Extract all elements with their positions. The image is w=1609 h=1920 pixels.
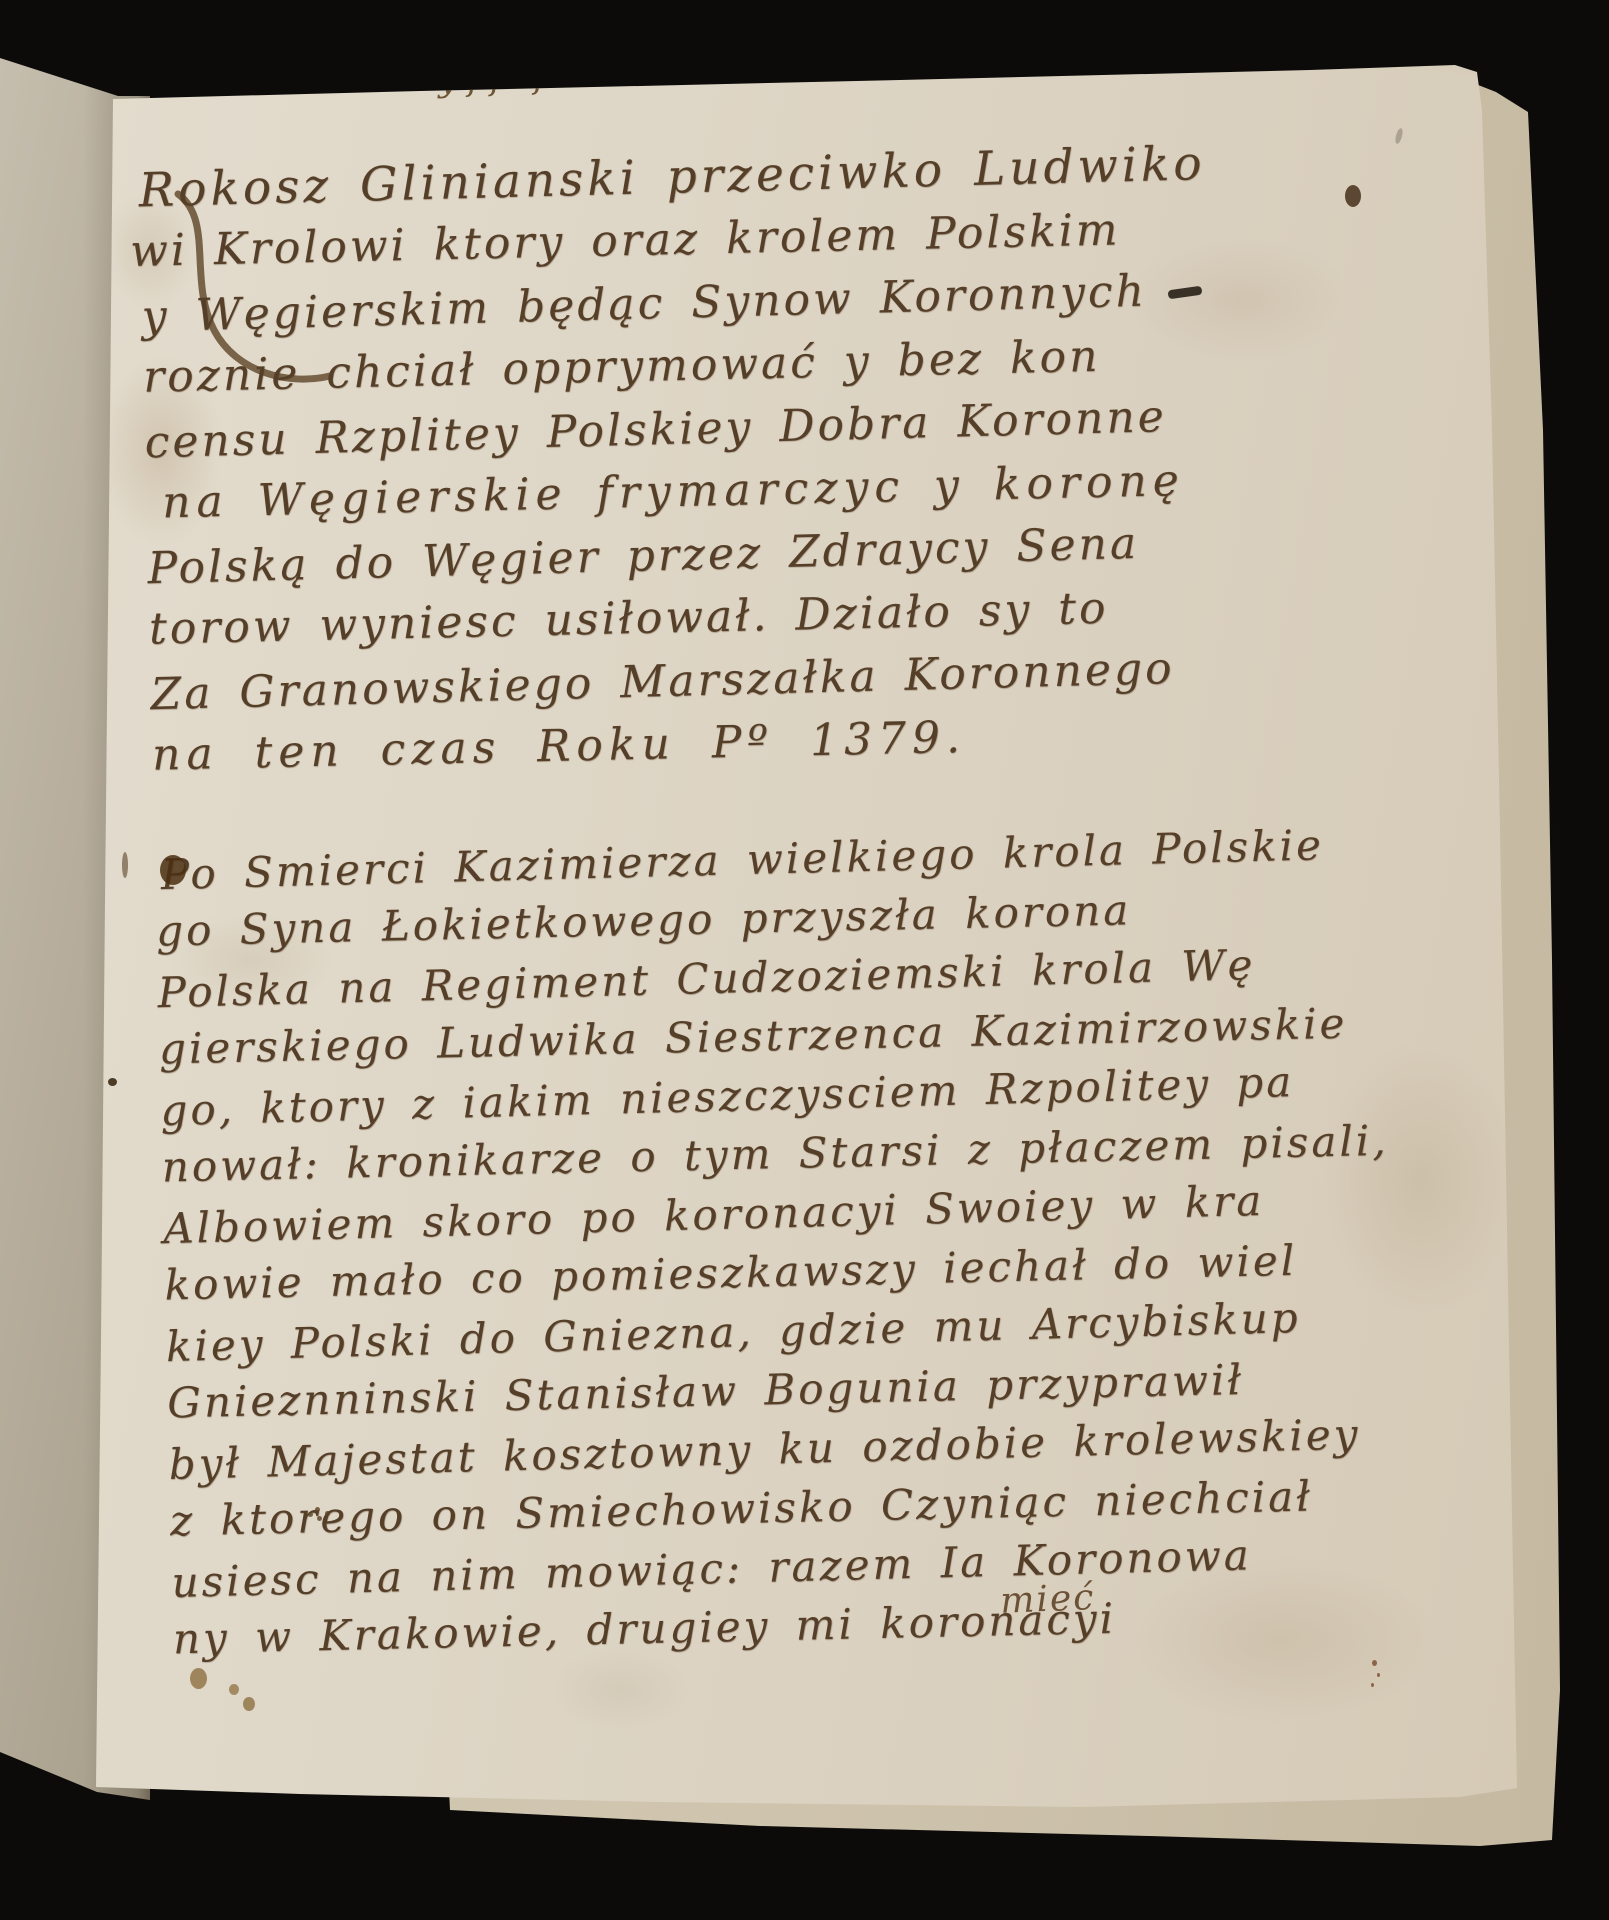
worm-hole — [108, 1078, 117, 1086]
ink-spot — [229, 1684, 239, 1695]
paragraph-1: Rokosz Glinianski przeciwko Ludwiko wi K… — [138, 126, 1517, 788]
manuscript-page: yſſıſ Rokosz Glinianski przeciwko Ludwik… — [0, 0, 1609, 1920]
ink-spot — [243, 1697, 255, 1711]
photograph: yſſıſ Rokosz Glinianski przeciwko Ludwik… — [0, 0, 1609, 1920]
ink-blot — [160, 855, 186, 885]
ink-specks — [1372, 1660, 1377, 1666]
ink-spot — [190, 1668, 207, 1689]
ink-blot — [1345, 185, 1361, 207]
clipped-header-inscription: yſſıſ — [437, 56, 556, 100]
ink-dots — [308, 1512, 313, 1517]
handwritten-text: Rokosz Glinianski przeciwko Ludwiko wi K… — [138, 126, 1538, 1670]
paragraph-2: Po Smierci Kazimierza wielkiego krola Po… — [154, 812, 1538, 1670]
catchword: mieć — [999, 1577, 1096, 1622]
binding-stitch-mark — [122, 852, 128, 878]
